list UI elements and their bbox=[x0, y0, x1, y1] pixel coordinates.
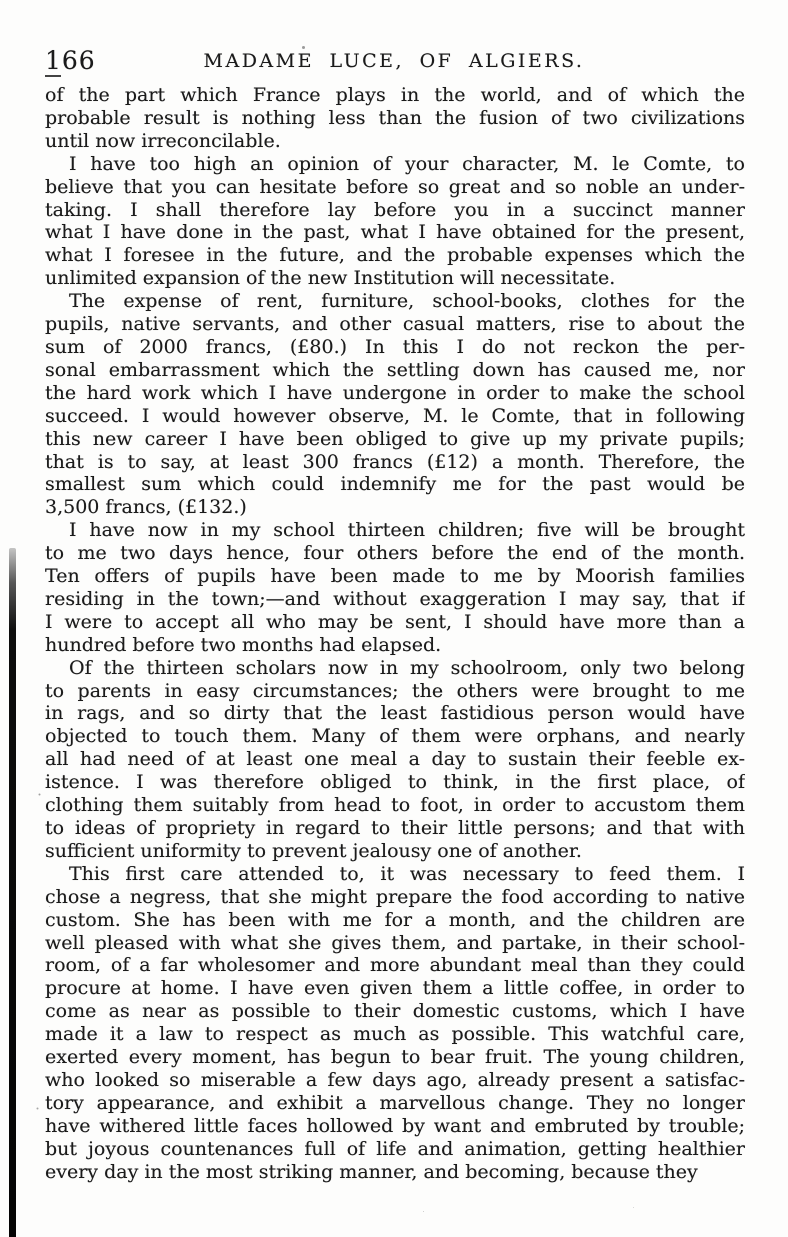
scan-speck bbox=[302, 46, 305, 49]
scan-gutter-shadow bbox=[9, 548, 16, 1237]
text-line: succeed. I would however observe, M. le … bbox=[45, 405, 745, 428]
text-line: hundred before two months had elapsed. bbox=[45, 634, 745, 657]
text-line: sufficient uniformity to prevent jealous… bbox=[45, 840, 745, 863]
text-line: come as near as possible to their domest… bbox=[45, 1000, 745, 1023]
text-line: taking. I shall therefore lay before you… bbox=[45, 199, 745, 222]
text-line: believe that you can hesitate before so … bbox=[45, 176, 745, 199]
text-line: I have too high an opinion of your chara… bbox=[45, 153, 745, 176]
text-line: unlimited expansion of the new Instituti… bbox=[45, 267, 745, 290]
text-line: every day in the most striking manner, a… bbox=[45, 1161, 745, 1184]
page-title: MADAME LUCE, OF ALGIERS. bbox=[0, 50, 788, 72]
text-line: Of the thirteen scholars now in my schoo… bbox=[45, 657, 745, 680]
text-line: probable result is nothing less than the… bbox=[45, 107, 745, 130]
text-line: but joyous countenances full of life and… bbox=[45, 1138, 745, 1161]
text-line: well pleased with what she gives them, a… bbox=[45, 932, 745, 955]
text-line: exerted every moment, has begun to bear … bbox=[45, 1046, 745, 1069]
page-body: of the part which France plays in the wo… bbox=[45, 84, 745, 1184]
book-page: 166 MADAME LUCE, OF ALGIERS. of the part… bbox=[0, 0, 788, 1237]
text-line: to me two days hence, four others before… bbox=[45, 542, 745, 565]
text-line: I have now in my school thirteen childre… bbox=[45, 519, 745, 542]
text-line: custom. She has been with me for a month… bbox=[45, 909, 745, 932]
text-line: the hard work which I have undergone in … bbox=[45, 382, 745, 405]
text-line: procure at home. I have even given them … bbox=[45, 977, 745, 1000]
text-line: that is to say, at least 300 francs (£12… bbox=[45, 451, 745, 474]
text-line: objected to touch them. Many of them wer… bbox=[45, 725, 745, 748]
text-line: what I have done in the past, what I hav… bbox=[45, 221, 745, 244]
text-line: istence. I was therefore obliged to thin… bbox=[45, 771, 745, 794]
text-line: sum of 2000 francs, (£80.) In this I do … bbox=[45, 336, 745, 359]
text-line: this new career I have been obliged to g… bbox=[45, 428, 745, 451]
text-line: in rags, and so dirty that the least fas… bbox=[45, 702, 745, 725]
text-line: residing in the town;—and without exagge… bbox=[45, 588, 745, 611]
text-line: room, of a far wholesomer and more abund… bbox=[45, 954, 745, 977]
text-line: made it a law to respect as much as poss… bbox=[45, 1023, 745, 1046]
text-line: tory appearance, and exhibit a marvellou… bbox=[45, 1092, 745, 1115]
text-line: until now irreconcilable. bbox=[45, 130, 745, 153]
text-line: This first care attended to, it was nece… bbox=[45, 863, 745, 886]
text-line: smallest sum which could indemnify me fo… bbox=[45, 473, 745, 496]
text-line: I were to accept all who may be sent, I … bbox=[45, 611, 745, 634]
text-line: of the part which France plays in the wo… bbox=[45, 84, 745, 107]
text-line: The expense of rent, furniture, school-b… bbox=[45, 290, 745, 313]
text-line: all had need of at least one meal a day … bbox=[45, 748, 745, 771]
text-line: 3,500 francs, (£132.) bbox=[45, 496, 745, 519]
text-line: sonal embarrassment which the settling d… bbox=[45, 359, 745, 382]
text-line: pupils, native servants, and other casua… bbox=[45, 313, 745, 336]
text-line: to parents in easy circumstances; the ot… bbox=[45, 680, 745, 703]
text-line: chose a negress, that she might prepare … bbox=[45, 886, 745, 909]
text-line: Ten offers of pupils have been made to m… bbox=[45, 565, 745, 588]
text-line: have withered little faces hollowed by w… bbox=[45, 1115, 745, 1138]
running-header: 166 MADAME LUCE, OF ALGIERS. bbox=[0, 46, 788, 78]
text-line: who looked so miserable a few days ago, … bbox=[45, 1069, 745, 1092]
text-line: what I foresee in the future, and the pr… bbox=[45, 244, 745, 267]
text-line: clothing them suitably from head to foot… bbox=[45, 794, 745, 817]
text-line: to ideas of propriety in regard to their… bbox=[45, 817, 745, 840]
